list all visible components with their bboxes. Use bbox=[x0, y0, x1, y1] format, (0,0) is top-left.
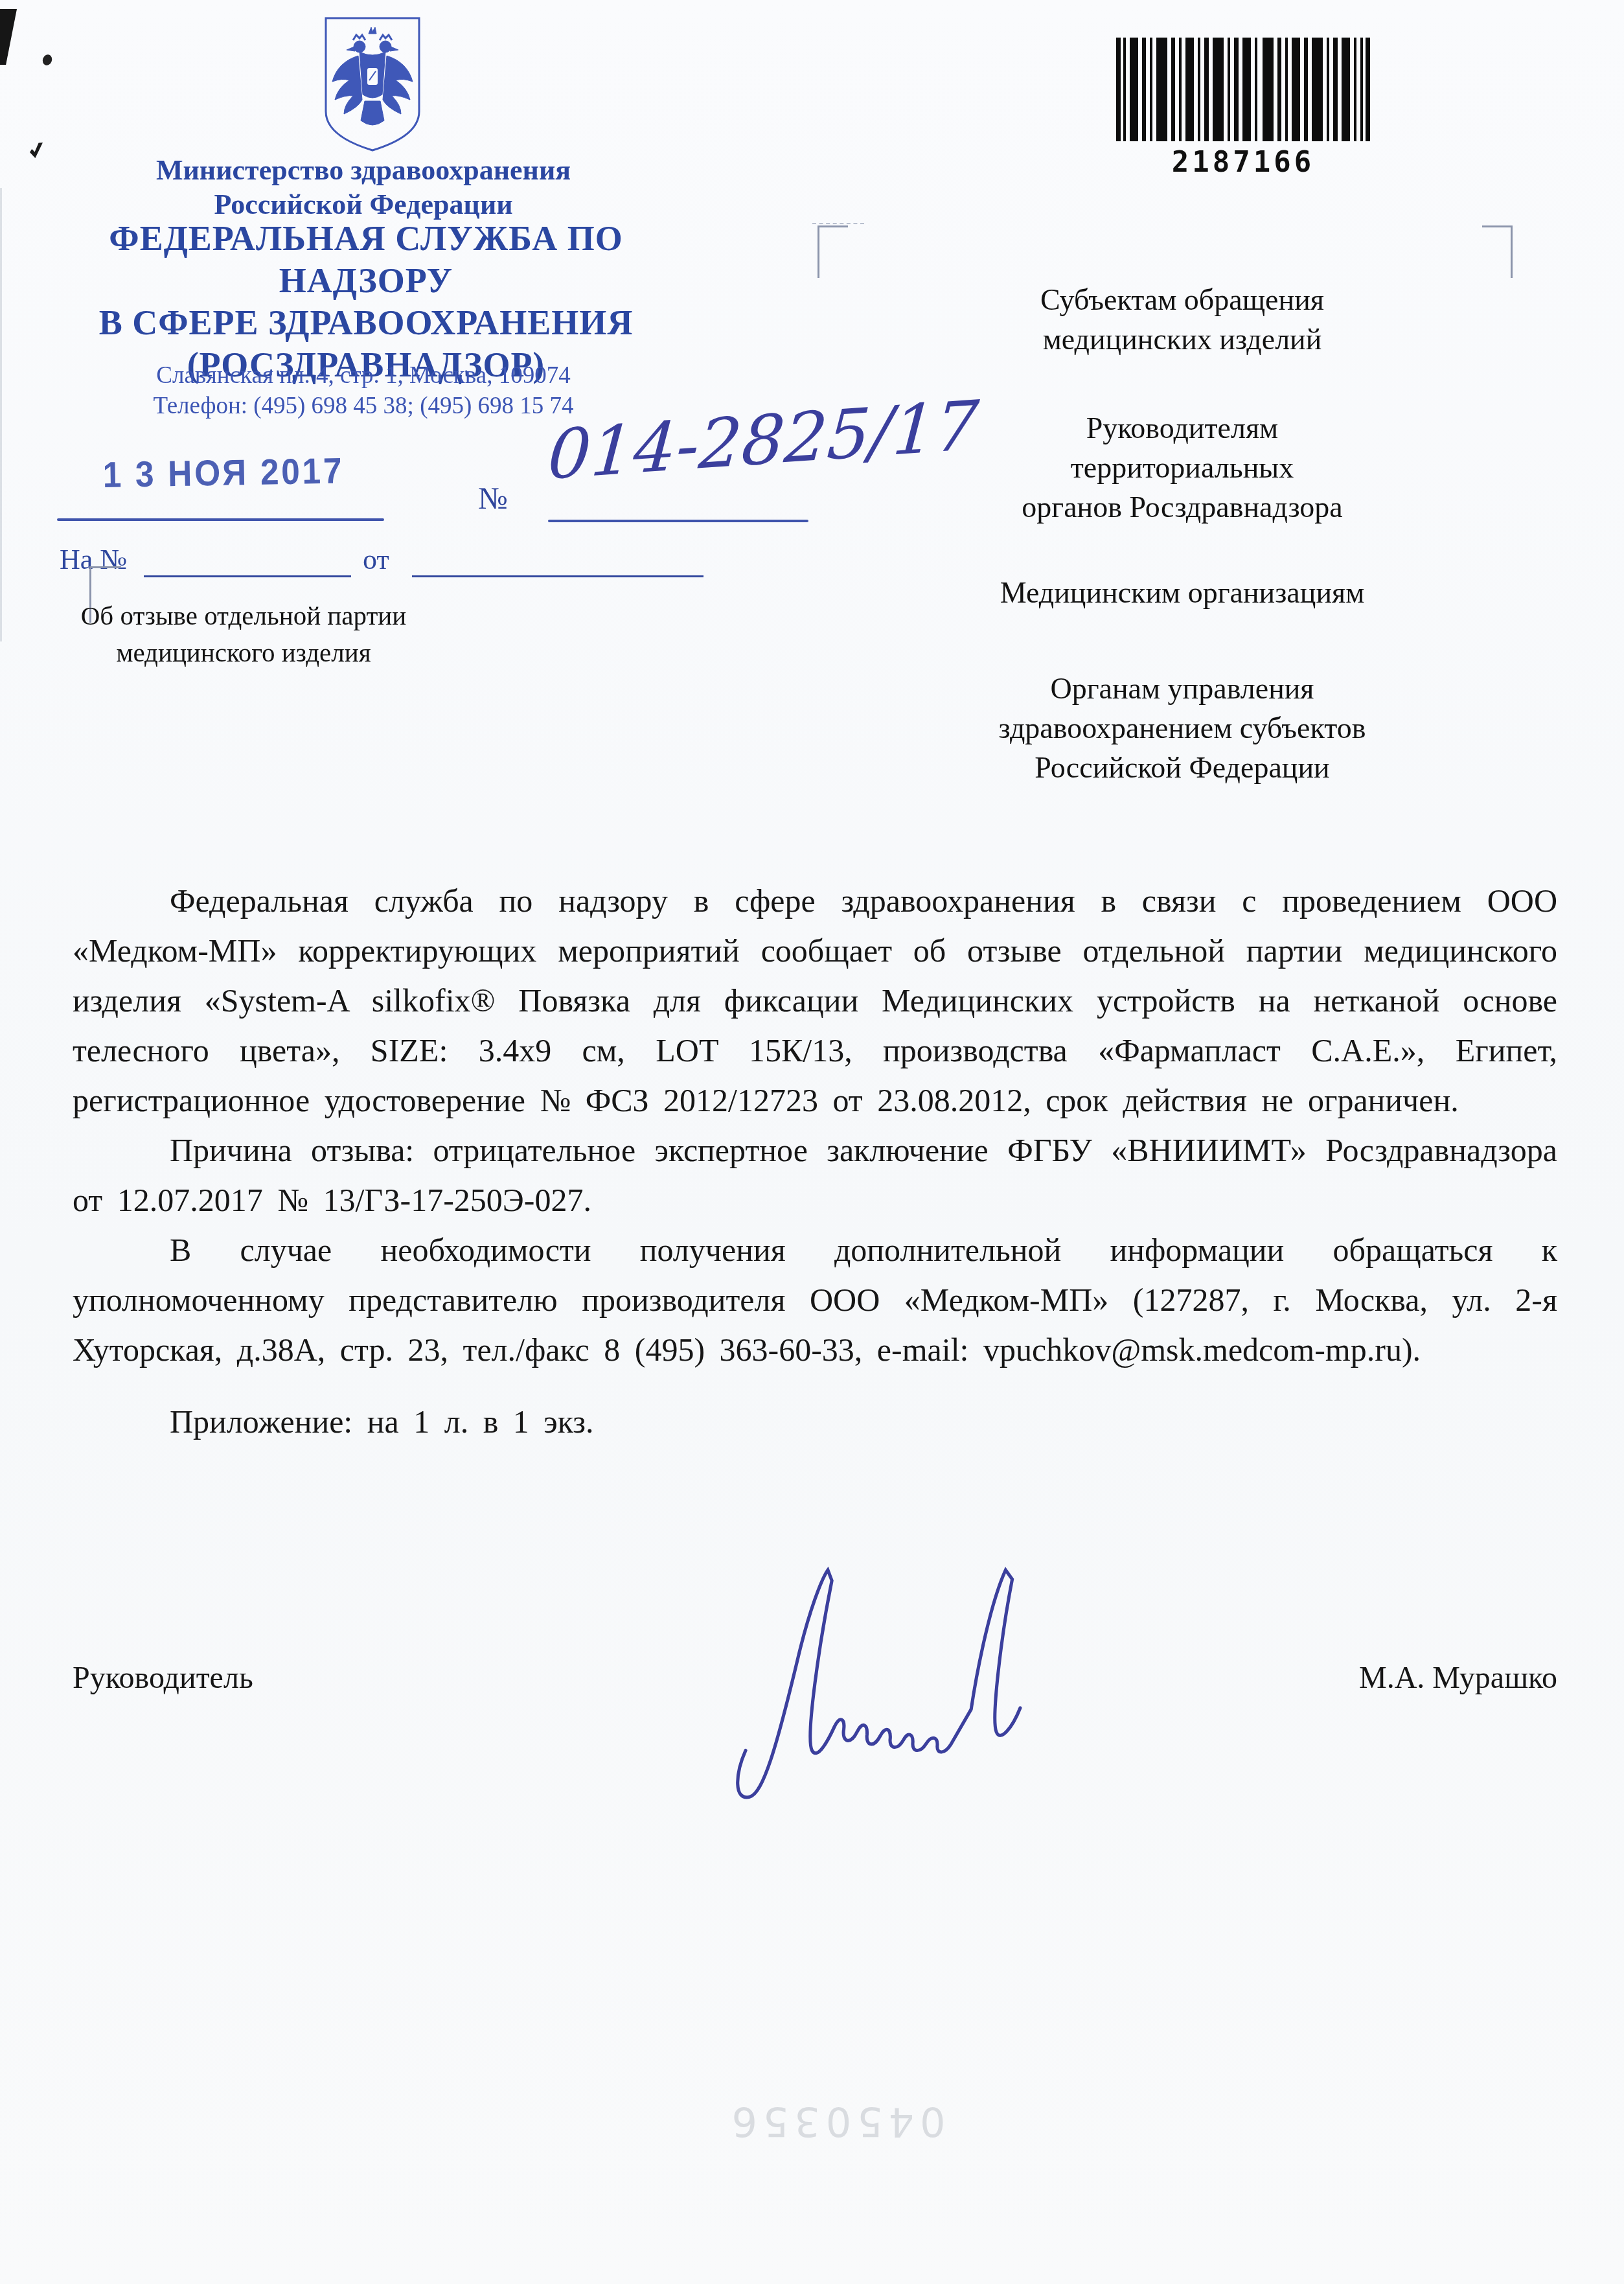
recipient-line: органов Росздравнадзора bbox=[813, 487, 1551, 527]
attachment-note: Приложение: на 1 л. в 1 экз. bbox=[73, 1397, 1557, 1447]
scan-edge-shadow bbox=[0, 188, 2, 641]
letter-subject: Об отзыве отдельной партии медицинского … bbox=[75, 597, 412, 671]
subject-line1: Об отзыве отдельной партии bbox=[75, 597, 412, 634]
recipient-medical-organizations: Медицинским организациям bbox=[813, 573, 1551, 612]
recipient-health-authorities: Органам управления здравоохранением субъ… bbox=[813, 669, 1551, 787]
letterhead-contact: Славянская пл. 4, стр. 1, Москва, 109074… bbox=[56, 360, 671, 421]
incoming-date-stamp: 1 3 НОЯ 2017 bbox=[102, 449, 345, 495]
reply-date-blank bbox=[412, 575, 703, 577]
date-underline bbox=[57, 518, 384, 521]
recipient-line: здравоохранением субъектов bbox=[813, 708, 1551, 748]
ministry-name-line2: Российской Федерации bbox=[56, 187, 671, 222]
body-paragraph-contact: В случае необходимости получения дополни… bbox=[73, 1225, 1557, 1375]
recipient-corner-dashes bbox=[812, 223, 864, 224]
recipient-corner-left bbox=[818, 225, 848, 278]
recipient-line: Субъектам обращения bbox=[813, 280, 1551, 319]
signer-role: Руководитель bbox=[73, 1660, 253, 1696]
agency-name-line2: В СФЕРЕ ЗДРАВООХРАНЕНИЯ bbox=[45, 302, 687, 344]
recipient-line: Руководителям bbox=[813, 408, 1551, 448]
barcode-bars-icon bbox=[1116, 38, 1370, 141]
barcode-number: 2187166 bbox=[1116, 146, 1370, 179]
body-paragraph-recall: Федеральная служба по надзору в сфере зд… bbox=[73, 876, 1557, 1125]
faint-reversed-number-stamp: 0450356 bbox=[667, 2098, 1004, 2145]
ministry-name-line1: Министерство здравоохранения bbox=[56, 153, 671, 187]
recipient-line: Медицинским организациям bbox=[813, 573, 1551, 612]
scanned-letter-page: Министерство здравоохранения Российской … bbox=[0, 0, 1624, 2284]
recipient-line: медицинских изделий bbox=[813, 319, 1551, 359]
signer-name: М.А. Мурашко bbox=[1283, 1660, 1557, 1696]
scan-artifact-mark bbox=[30, 143, 43, 158]
subject-line2: медицинского изделия bbox=[75, 634, 412, 671]
agency-name-line1: ФЕДЕРАЛЬНАЯ СЛУЖБА ПО НАДЗОРУ bbox=[45, 218, 687, 302]
body-paragraph-reason: Причина отзыва: отрицательное экспертное… bbox=[73, 1125, 1557, 1225]
registration-barcode: 2187166 bbox=[1116, 38, 1370, 179]
number-symbol: № bbox=[478, 481, 508, 516]
scan-artifact-dot bbox=[41, 53, 54, 67]
handwritten-signature bbox=[726, 1541, 1153, 1819]
coat-of-arms-russia-icon bbox=[321, 16, 424, 153]
recipient-subjects-of-circulation: Субъектам обращения медицинских изделий bbox=[813, 280, 1551, 359]
recipient-line: территориальных bbox=[813, 448, 1551, 487]
number-underline bbox=[548, 520, 808, 522]
letterhead-ministry: Министерство здравоохранения Российской … bbox=[56, 153, 671, 222]
recipient-line: Органам управления bbox=[813, 669, 1551, 708]
reply-number-blank bbox=[144, 575, 351, 577]
agency-address: Славянская пл. 4, стр. 1, Москва, 109074 bbox=[56, 360, 671, 391]
scan-artifact-bar bbox=[0, 9, 17, 65]
recipient-line: Российской Федерации bbox=[813, 748, 1551, 787]
letter-body: Федеральная служба по надзору в сфере зд… bbox=[73, 876, 1557, 1447]
recipient-territorial-heads: Руководителям территориальных органов Ро… bbox=[813, 408, 1551, 527]
recipient-corner-right bbox=[1482, 225, 1513, 278]
reply-from-label: от bbox=[363, 543, 389, 576]
